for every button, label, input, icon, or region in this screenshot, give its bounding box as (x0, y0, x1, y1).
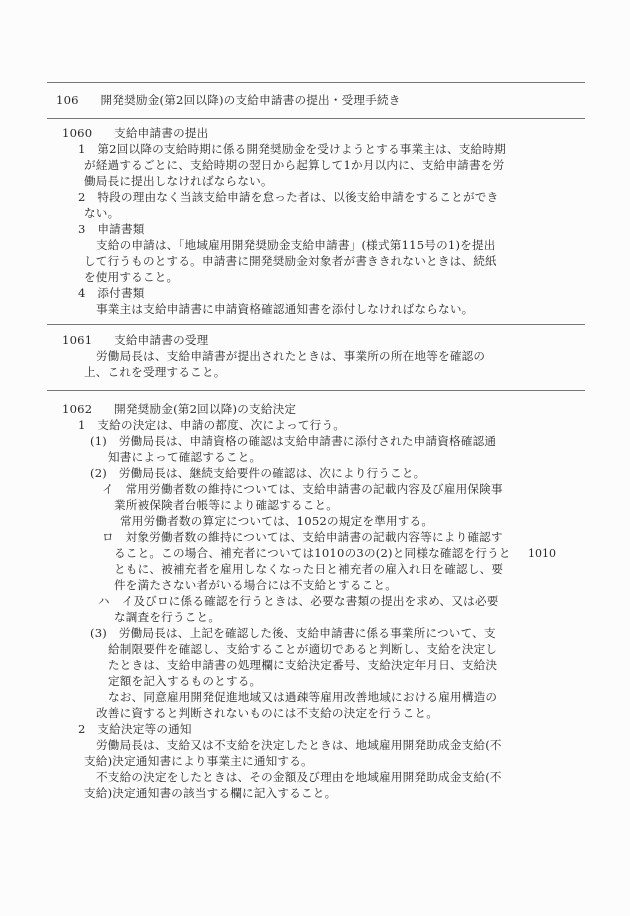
body-line: 2 特段の理由なく当該支給申請を怠った者は、以後支給申請をすることができ (78, 190, 498, 205)
chapter-bottom-rule (47, 118, 585, 119)
body-line: 給制限要件を確認し、支給することが適切であると判断し、支給を決定し (108, 642, 497, 657)
body-line: (2) 労働局長は、継続支給要件の確認は、次により行うこと。 (90, 466, 425, 481)
body-line: して行うものとする。申請書に開発奨励金対象者が書ききれないときは、続紙 (84, 254, 497, 269)
body-line: (1) 労働局長は、申請資格の確認は支給申請書に添付された申請資格確認通 (90, 434, 496, 449)
body-line: 働局長に提出しなければならない。 (84, 174, 273, 189)
body-line: 定額を記入するものとする。 (108, 674, 261, 689)
section-number: 1060 (62, 126, 92, 140)
body-line: 4 添付書類 (78, 286, 145, 301)
body-line: 労働局長は、支給又は不支給を決定したときは、地域雇用開発助成金支給(不 (96, 738, 502, 753)
body-line: 1 支給の決定は、申請の都度、次によって行う。 (78, 418, 345, 433)
section-heading-1060: 1060 支給申請書の提出 (62, 126, 208, 141)
body-line: 常用労働者数の算定については、1052の規定を準用する。 (120, 514, 433, 529)
body-line: 3 申請書類 (78, 222, 145, 237)
body-line: ロ 対象労働者数の維持については、支給申請書の記載内容等により確認す (102, 530, 503, 545)
section-title: 開発奨励金(第2回以降)の支給決定 (114, 402, 296, 416)
chapter-heading: 106 開発奨励金(第2回以降)の支給申請書の提出・受理手続き (56, 93, 401, 108)
section-title: 支給申請書の受理 (114, 333, 208, 347)
chapter-top-rule (47, 82, 585, 83)
section-heading-1061: 1061 支給申請書の受理 (62, 333, 208, 348)
body-line: 支給)決定通知書の該当する欄に記入すること。 (84, 786, 336, 801)
body-line: 2 支給決定等の通知 (78, 722, 192, 737)
body-line: 労働局長は、支給申請書が提出されたときは、事業所の所在地等を確認の (96, 349, 485, 364)
body-line: な調査を行うこと。 (114, 610, 220, 625)
section-number: 1061 (62, 333, 92, 347)
body-line: ハ イ及びロに係る確認を行うときは、必要な書類の提出を求め、又は必要 (98, 594, 499, 609)
body-line: たときは、支給申請書の処理欄に支給決定番号、支給決定年月日、支給決 (108, 658, 497, 673)
chapter-number: 106 (56, 93, 79, 107)
section-number: 1062 (62, 402, 92, 416)
body-line: 不支給の決定をしたときは、その金額及び理由を地域雇用開発助成金支給(不 (96, 770, 502, 785)
body-line: が経過するごとに、支給時期の翌日から起算して1か月以内に、支給申請書を労 (84, 158, 504, 173)
margin-reference: 1010 (528, 547, 556, 560)
body-line: 1 第2回以降の支給時期に係る開発奨励金を受けようとする事業主は、支給時期 (78, 142, 506, 157)
body-line: 知書によって確認すること。 (108, 450, 261, 465)
section-divider (47, 324, 585, 325)
body-line: 支給の申請は、「地域雇用開発奨励金支給申請書」(様式第115号の1)を提出 (96, 238, 496, 253)
body-line: を使用すること。 (84, 270, 178, 285)
body-line: 業所被保険者台帳等により確認すること。 (114, 498, 338, 513)
body-line: 事業主は支給申請書に申請資格確認通知書を添付しなければならない。 (96, 302, 473, 317)
body-line: 改善に資すると判断されないものには不支給の決定を行うこと。 (96, 706, 438, 721)
section-heading-1062: 1062 開発奨励金(第2回以降)の支給決定 (62, 402, 296, 417)
section-title: 支給申請書の提出 (114, 126, 208, 140)
body-line: 支給)決定通知書により事業主に通知する。 (84, 754, 313, 769)
body-line: (3) 労働局長は、上記を確認した後、支給申請書に係る事業所について、支 (90, 626, 496, 641)
chapter-title: 開発奨励金(第2回以降)の支給申請書の提出・受理手続き (101, 93, 401, 107)
section-divider (47, 390, 585, 391)
body-line: 上、これを受理すること。 (84, 365, 226, 380)
body-line: ともに、被補充者を雇用しなくなった日と補充者の雇入れ日を確認し、要 (114, 562, 503, 577)
body-line: ること。この場合、補充者については1010の3の(2)と同様な確認を行うと (114, 546, 511, 561)
body-line: 件を満たさない者がいる場合には不支給とすること。 (114, 578, 397, 593)
body-line: なお、同意雇用開発促進地域又は過疎等雇用改善地域における雇用構造の (108, 690, 497, 705)
body-line: ない。 (84, 206, 119, 221)
body-line: イ 常用労働者数の維持については、支給申請書の記載内容及び雇用保険事 (102, 482, 503, 497)
